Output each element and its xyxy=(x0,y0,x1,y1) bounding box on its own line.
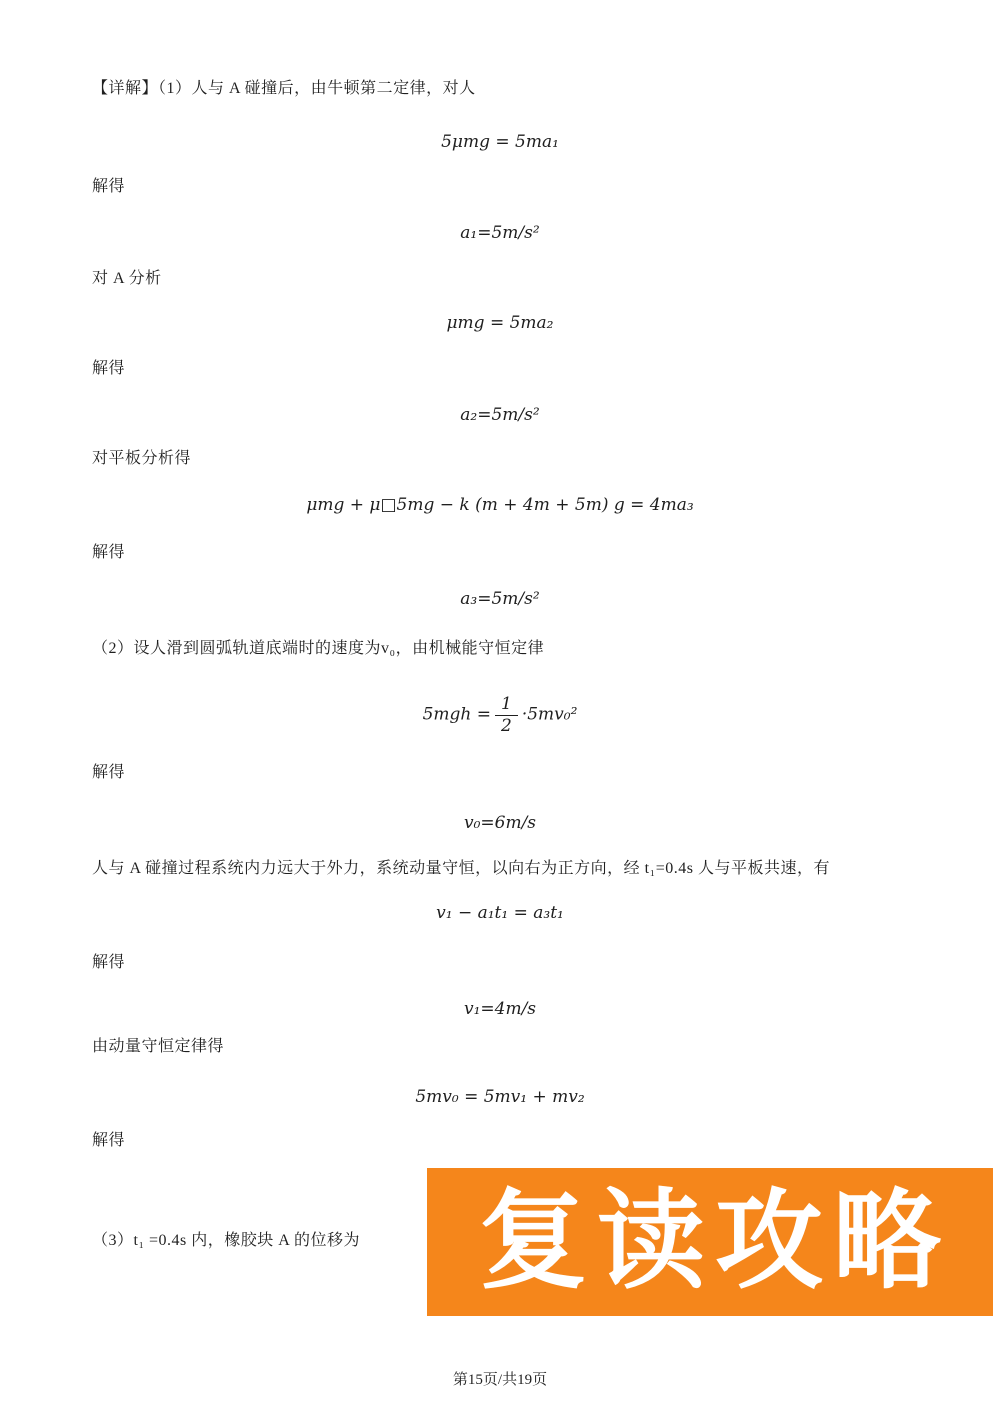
formula-energy-lhs: 5mgh = xyxy=(423,705,491,725)
formula-newton-person: 5μmg = 5ma₁ xyxy=(0,131,1000,153)
paragraph-detail-intro: 【详解】（1）人与 A 碰撞后，由牛顿第二定律，对人 xyxy=(92,78,940,100)
formula-v0-result: v₀=6m/s xyxy=(0,812,1000,834)
solve-label-4: 解得 xyxy=(92,762,940,784)
formula-v1-result: v₁=4m/s xyxy=(0,998,1000,1020)
formula-a3-result: a₃=5m/s² xyxy=(0,588,1000,610)
fraction-denominator: 2 xyxy=(495,716,518,736)
paragraph-momentum-intro: 人与 A 碰撞过程系统内力远大于外力，系统动量守恒，以向右为正方向，经 t₁=0… xyxy=(92,858,940,880)
paragraph-analyze-a: 对 A 分析 xyxy=(92,268,940,290)
solve-label-5: 解得 xyxy=(92,952,940,974)
formula-energy-rhs: ·5mv₀² xyxy=(522,705,578,725)
formula-board: μmg + μ□5mg − k (m + 4m + 5m) g = 4ma₃ xyxy=(0,494,1000,516)
formula-newton-a: μmg = 5ma₂ xyxy=(0,312,1000,334)
formula-a2-result: a₂=5m/s² xyxy=(0,404,1000,426)
banner-text: 复读攻略 xyxy=(479,1188,951,1296)
fraction-one-half: 12 xyxy=(495,695,518,735)
fraction-numerator: 1 xyxy=(495,695,518,716)
paragraph-momentum-law: 由动量守恒定律得 xyxy=(92,1036,940,1058)
formula-a1-result: a₁=5m/s² xyxy=(0,222,1000,244)
solve-label-2: 解得 xyxy=(92,358,940,380)
solve-label-1: 解得 xyxy=(92,176,940,198)
formula-kinematics: v₁ − a₁t₁ = a₃t₁ xyxy=(0,902,1000,924)
paragraph-analyze-board: 对平板分析得 xyxy=(92,448,940,470)
page-footer: 第15页/共19页 xyxy=(0,1368,1000,1389)
formula-energy-conservation: 5mgh =12·5mv₀² xyxy=(0,695,1000,735)
formula-momentum: 5mv₀ = 5mv₁ + mv₂ xyxy=(0,1086,1000,1108)
solve-label-3: 解得 xyxy=(92,542,940,564)
paragraph-part2-intro: （2）设人滑到圆弧轨道底端时的速度为v₀，由机械能守恒定律 xyxy=(92,638,940,660)
solve-label-6: 解得 xyxy=(92,1130,940,1152)
fudu-gonglue-banner: 复读攻略 xyxy=(427,1168,993,1316)
document-page: 【详解】（1）人与 A 碰撞后，由牛顿第二定律，对人 5μmg = 5ma₁ 解… xyxy=(0,0,1000,1414)
